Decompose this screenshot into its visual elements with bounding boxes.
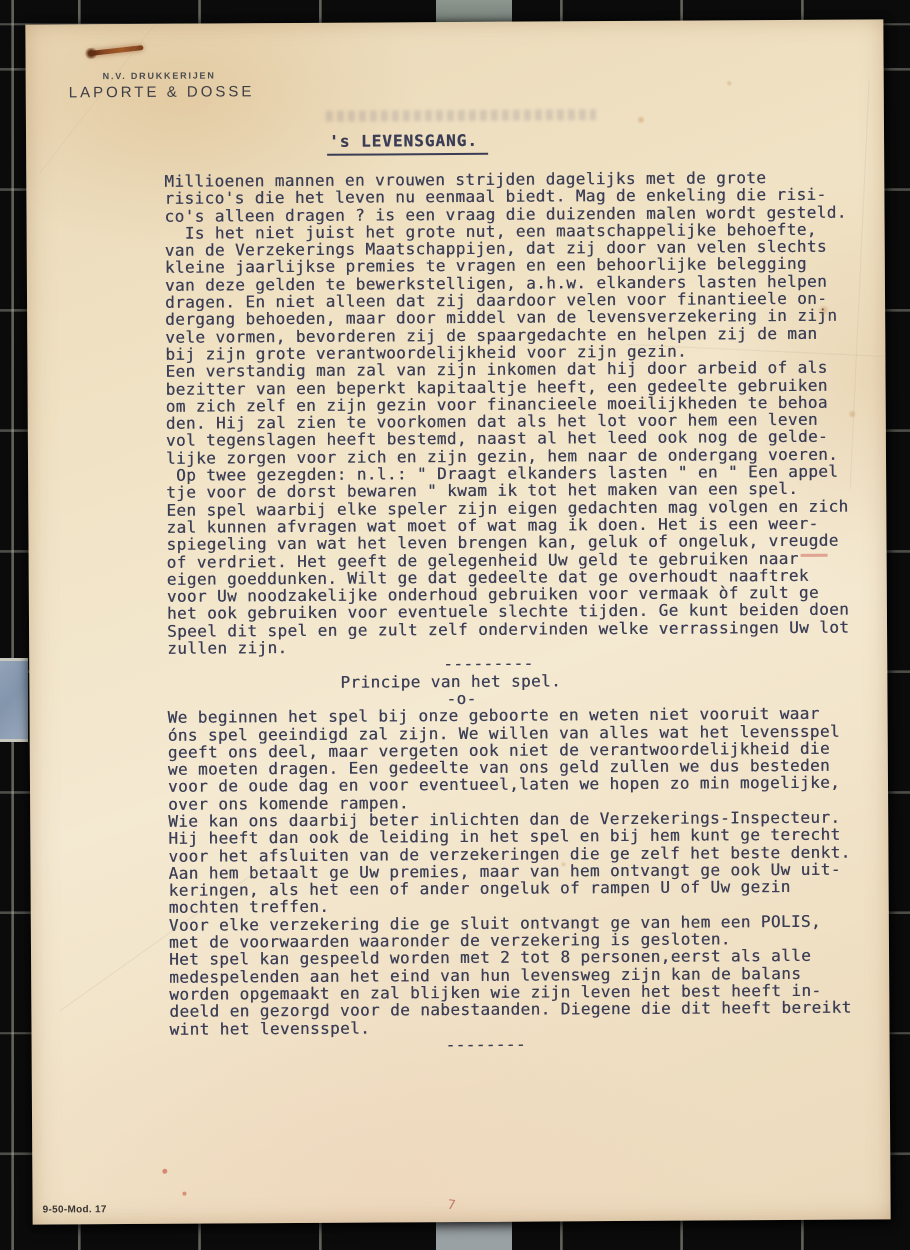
separator-dashes-1: --------- xyxy=(443,655,533,673)
foxing-stain xyxy=(182,1192,186,1196)
foxing-stain xyxy=(726,80,733,86)
foxing-stain xyxy=(848,410,857,419)
pencil-page-mark: 7 xyxy=(447,1198,457,1214)
section-heading: Principe van het spel. xyxy=(340,672,561,691)
ghost-print-mark xyxy=(326,109,596,122)
section-o-mark: -o- xyxy=(446,690,476,707)
red-ink-mark xyxy=(801,554,828,557)
foxing-stain xyxy=(636,116,646,124)
photo-scene: N.V. DRUKKERIJEN LAPORTE & DOSSE 's LEVE… xyxy=(0,0,910,1250)
document-title: 's LEVENSGANG. xyxy=(327,130,488,156)
paragraph-1: Millioenen mannen en vrouwen strijden da… xyxy=(164,168,880,224)
typewritten-document: N.V. DRUKKERIJEN LAPORTE & DOSSE 's LEVE… xyxy=(25,19,890,1224)
separator-dashes-2: -------- xyxy=(446,1035,526,1053)
paragraph-5: We beginnen het spel bij onze geboorte e… xyxy=(168,705,885,813)
paragraph-6: Wie kan ons daarbij beter inlichten dan … xyxy=(168,808,885,916)
letterhead-company-type: N.V. DRUKKERIJEN xyxy=(103,70,216,81)
form-code: 9-50-Mod. 17 xyxy=(43,1204,107,1215)
blue-gray-tile xyxy=(0,658,28,742)
paragraph-3: Een verstandig man zal van zijn inkomen … xyxy=(165,359,882,467)
paragraph-2: Is het niet juist het grote nut, een maa… xyxy=(165,220,882,363)
foxing-stain xyxy=(162,1169,167,1174)
paragraph-7: Voor elke verzekering die ge sluit ontva… xyxy=(169,912,885,951)
document-body: 's LEVENSGANG. Millioenen mannen en vrou… xyxy=(164,127,886,1054)
foxing-stain xyxy=(269,563,274,568)
paragraph-4: Op twee gezegden: n.l.: " Draagt elkande… xyxy=(166,462,883,657)
paragraph-8: Het spel kan gespeeld worden met 2 tot 8… xyxy=(169,947,886,1038)
foxing-stain xyxy=(817,305,830,316)
foxing-stain xyxy=(560,861,566,867)
